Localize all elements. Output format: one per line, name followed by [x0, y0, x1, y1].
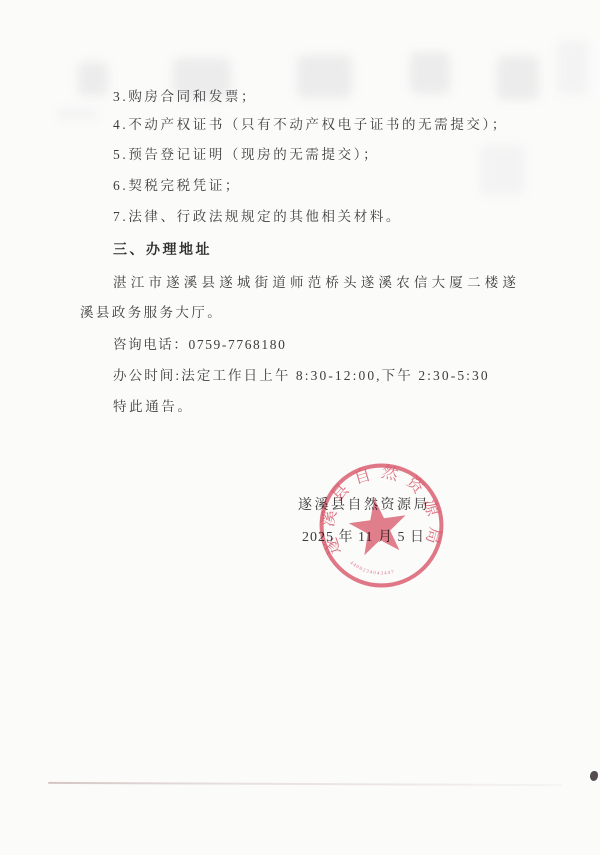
scanned-notice-page: 3.购房合同和发票； 4.不动产权证书（只有不动产权电子证书的无需提交）； 5.… [0, 0, 600, 855]
address-line-1: 湛江市遂溪县遂城街道师范桥头遂溪农信大厦二楼遂 [113, 271, 520, 291]
list-item-4: 4.不动产权证书（只有不动产权电子证书的无需提交）； [113, 113, 508, 133]
closing-line: 特此通告。 [113, 395, 194, 415]
star-icon [346, 495, 410, 557]
seal-arc-text: 遂溪县自然资源局 [318, 462, 445, 557]
bleedthrough-artifact [410, 52, 450, 94]
ink-dot-artifact [590, 771, 598, 781]
office-hours-line: 办公时间:法定工作日上午 8:30-12:00,下午 2:30-5:30 [113, 364, 490, 384]
bleedthrough-artifact [56, 108, 98, 120]
phone-line: 咨询电话：0759-7768180 [113, 333, 286, 353]
address-line-2: 溪县政务服务大厅。 [80, 301, 223, 321]
bleedthrough-artifact [78, 62, 108, 96]
list-item-5: 5.预告登记证明（现房的无需提交）； [113, 143, 379, 163]
section-heading: 三、办理地址 [113, 239, 212, 259]
scan-line-artifact [48, 782, 562, 786]
seal-code: 4408234043407 [348, 561, 395, 577]
svg-text:4408234043407: 4408234043407 [348, 561, 395, 577]
list-item-6: 6.契税完税凭证； [113, 174, 241, 194]
svg-text:遂溪县自然资源局: 遂溪县自然资源局 [318, 462, 445, 557]
list-item-3: 3.购房合同和发票； [113, 85, 257, 105]
list-item-7: 7.法律、行政法规规定的其他相关材料。 [113, 205, 402, 225]
bleedthrough-artifact [497, 56, 539, 100]
official-seal: 遂溪县自然资源局 4408234043407 [311, 455, 452, 596]
bleedthrough-artifact [480, 145, 525, 195]
bleedthrough-artifact [558, 40, 588, 95]
bleedthrough-artifact [297, 55, 352, 98]
